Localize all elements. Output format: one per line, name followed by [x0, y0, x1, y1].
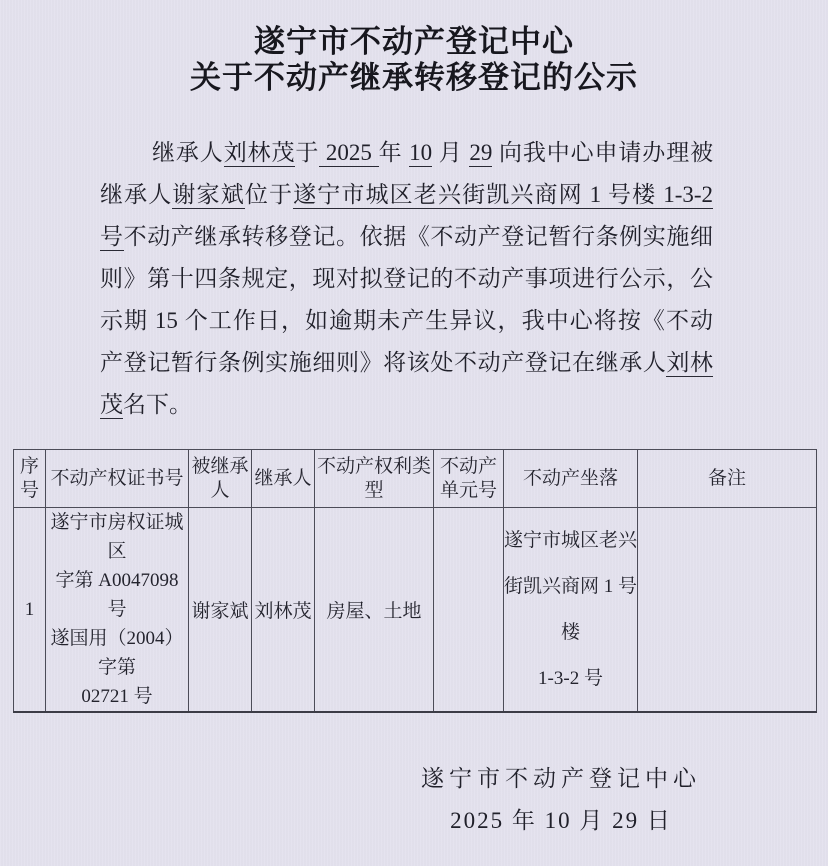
header-remarks: 备注 — [638, 450, 817, 508]
underlined-month: 10 — [409, 140, 432, 167]
signature-date: 2025 年 10 月 29 日 — [294, 806, 828, 836]
header-unit-no: 不动产单元号 — [434, 450, 504, 508]
cell-location: 遂宁市城区老兴 街凯兴商网 1 号楼 1-3-2 号 — [504, 508, 638, 713]
text-segment: 则》第十四条规定，现对拟登记的不动产事项进行公示，公 — [100, 266, 713, 291]
text-segment: 位于 — [245, 182, 293, 207]
underlined-heir-name-end: 茂 — [100, 392, 123, 419]
cell-decedent: 谢家斌 — [189, 508, 252, 713]
body-line-1: 继承人刘林茂于 2025 年 10 月 29 向我中心申请办理被 — [100, 132, 713, 174]
underlined-year: 2025 — [319, 140, 378, 167]
underlined-address-cont: 号 — [100, 224, 124, 251]
text-segment: 示期 15 个工作日，如逾期未产生异议，我中心将按《不动 — [100, 308, 713, 333]
cell-seq: 1 — [14, 508, 46, 713]
text-segment: 继承人 — [152, 140, 224, 165]
location-line: 遂宁市城区老兴 — [504, 518, 637, 564]
cell-right-type: 房屋、土地 — [315, 508, 434, 713]
text-segment: 于 — [295, 140, 319, 165]
text-segment: 继承人 — [100, 182, 172, 207]
registration-table: 序号 不动产权证书号 被继承人 继承人 不动产权利类型 不动产单元号 不动产坐落… — [13, 449, 817, 713]
cell-unit-no — [434, 508, 504, 713]
signature-org-name: 遂宁市不动产登记中心 — [294, 762, 828, 796]
body-line-6: 产登记暂行条例实施细则》将该处不动产登记在继承人刘林 — [100, 342, 713, 384]
location-line: 1-3-2 号 — [504, 656, 637, 702]
underlined-day: 29 — [469, 140, 492, 167]
cell-heir: 刘林茂 — [252, 508, 315, 713]
text-segment: 年 — [379, 140, 410, 165]
table-header-row: 序号 不动产权证书号 被继承人 继承人 不动产权利类型 不动产单元号 不动产坐落… — [14, 450, 817, 508]
body-line-7: 茂名下。 — [100, 384, 713, 426]
signature-block: 遂宁市不动产登记中心 2025 年 10 月 29 日 — [294, 762, 828, 836]
header-heir: 继承人 — [252, 450, 315, 508]
text-segment: 不动产继承转移登记。依据《不动产登记暂行条例实施细 — [124, 224, 713, 249]
cert-line: 字第 A0047098 号 — [46, 566, 188, 624]
text-segment: 月 — [432, 140, 469, 165]
text-segment: 向我中心申请办理被 — [492, 140, 713, 165]
underlined-heir-name-cont: 刘林 — [666, 350, 713, 377]
header-seq: 序号 — [14, 450, 46, 508]
body-line-3: 号不动产继承转移登记。依据《不动产登记暂行条例实施细 — [100, 216, 713, 258]
cert-line: 02721 号 — [46, 682, 188, 711]
table-row: 1 遂宁市房权证城区 字第 A0047098 号 遂国用（2004）字第 027… — [14, 508, 817, 713]
header-cert-no: 不动产权证书号 — [46, 450, 189, 508]
text-segment: 产登记暂行条例实施细则》将该处不动产登记在继承人 — [100, 350, 666, 375]
underlined-decedent-name: 谢家斌 — [172, 182, 244, 209]
underlined-address: 遂宁市城区老兴街凯兴商网 1 号楼 1-3-2 — [293, 182, 713, 209]
cert-line: 遂国用（2004）字第 — [46, 624, 188, 682]
cert-line: 遂宁市房权证城区 — [46, 508, 188, 566]
cell-cert-no: 遂宁市房权证城区 字第 A0047098 号 遂国用（2004）字第 02721… — [46, 508, 189, 713]
notice-title-line1: 遂宁市不动产登记中心 — [0, 24, 828, 60]
header-decedent: 被继承人 — [189, 450, 252, 508]
body-line-5: 示期 15 个工作日，如逾期未产生异议，我中心将按《不动 — [100, 300, 713, 342]
header-right-type: 不动产权利类型 — [315, 450, 434, 508]
header-location: 不动产坐落 — [504, 450, 638, 508]
body-line-4: 则》第十四条规定，现对拟登记的不动产事项进行公示，公 — [100, 258, 713, 300]
cell-remarks — [638, 508, 817, 713]
location-line: 街凯兴商网 1 号楼 — [504, 564, 637, 656]
notice-title: 遂宁市不动产登记中心 关于不动产继承转移登记的公示 — [0, 24, 828, 96]
text-segment: 名下。 — [123, 392, 192, 417]
notice-body: 继承人刘林茂于 2025 年 10 月 29 向我中心申请办理被 继承人谢家斌位… — [100, 132, 713, 426]
notice-title-line2: 关于不动产继承转移登记的公示 — [0, 60, 828, 96]
body-line-2: 继承人谢家斌位于遂宁市城区老兴街凯兴商网 1 号楼 1-3-2 — [100, 174, 713, 216]
underlined-heir-name: 刘林茂 — [224, 140, 296, 167]
